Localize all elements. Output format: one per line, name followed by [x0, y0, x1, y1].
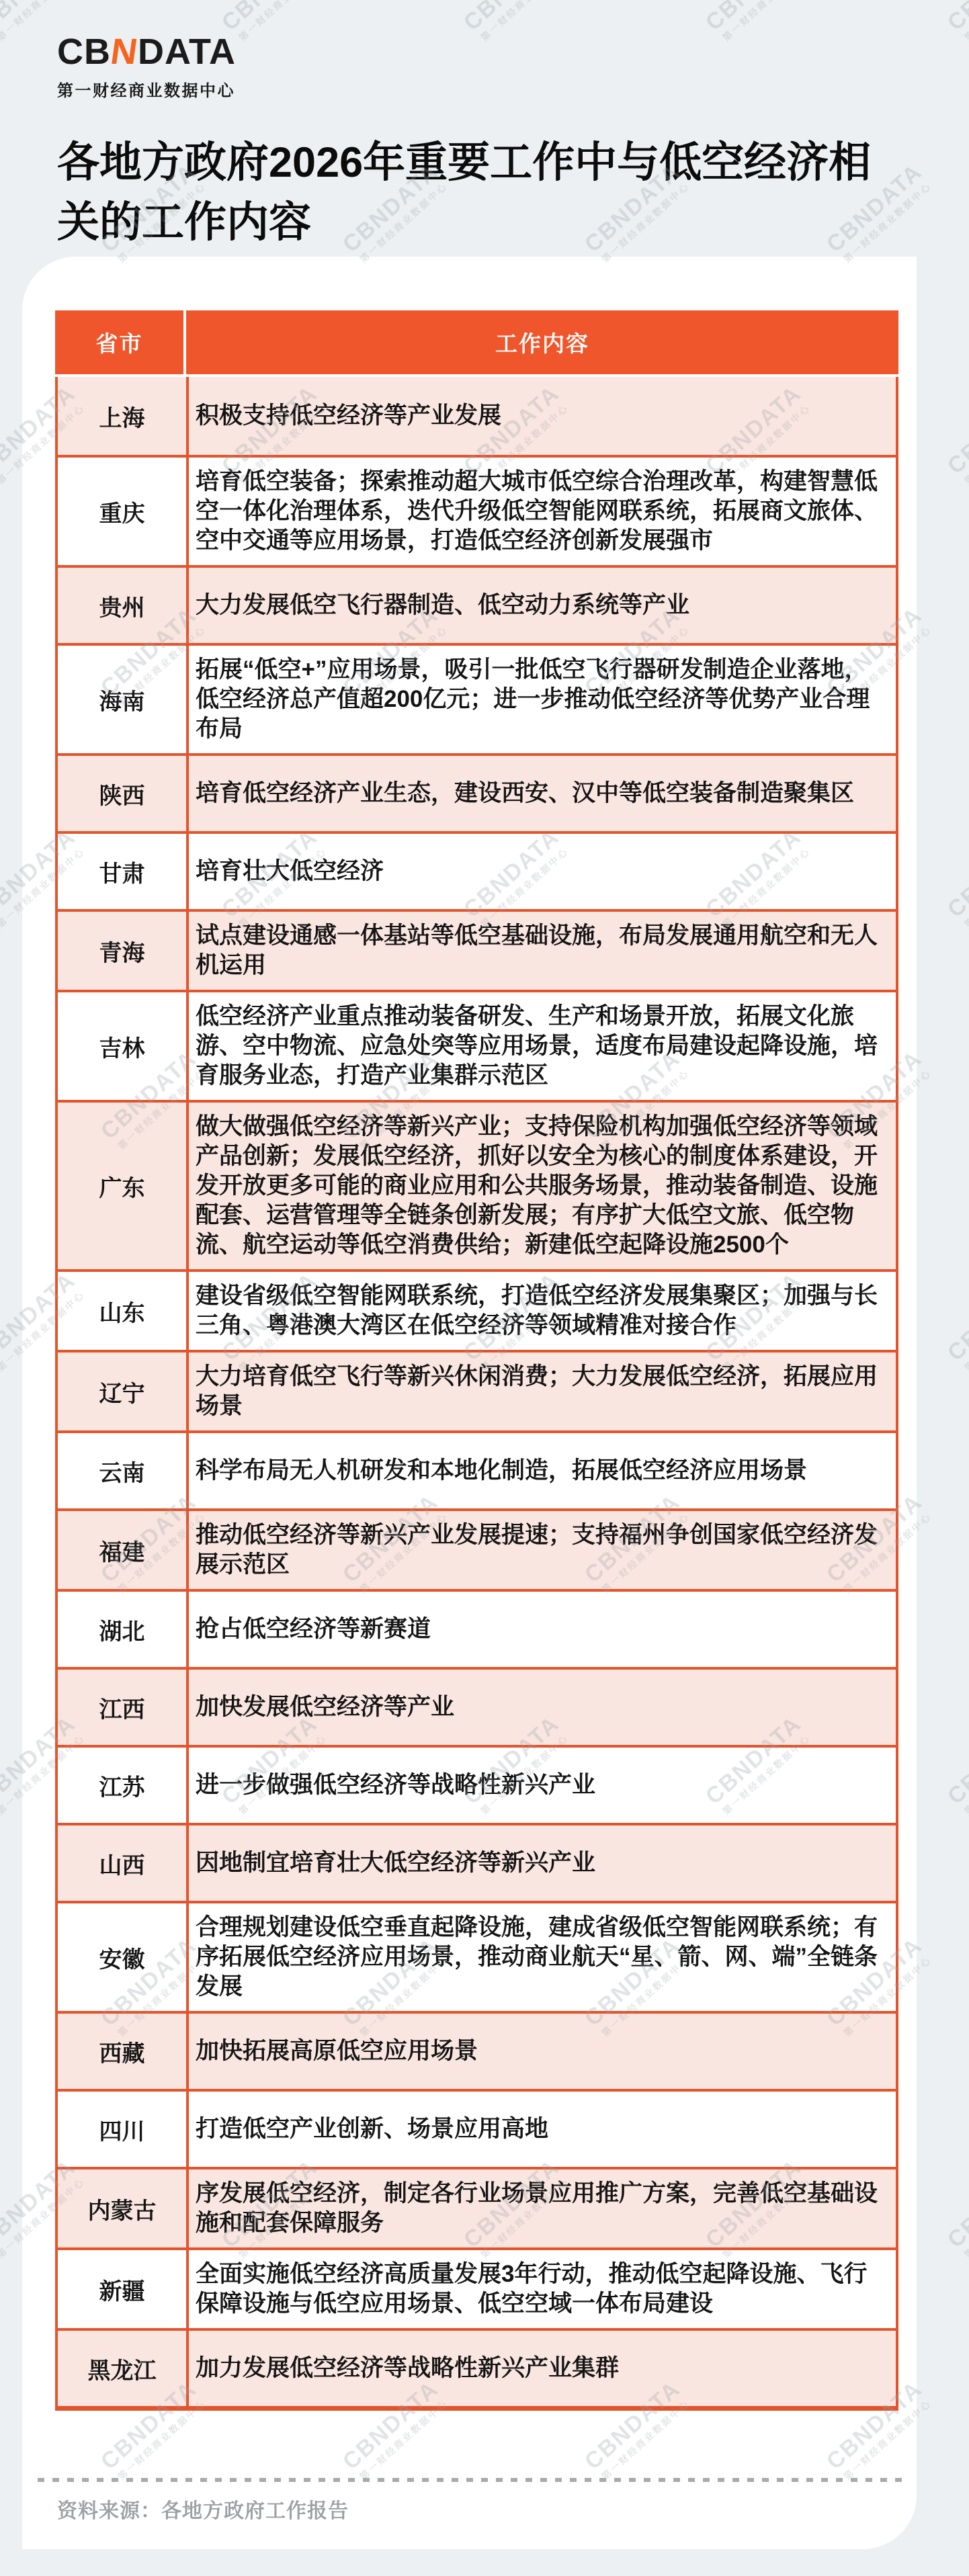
province-cell: 甘肃	[58, 834, 186, 909]
province-cell: 黑龙江	[58, 2331, 186, 2406]
page-title: 各地方政府2026年重要工作中与低空经济相关的工作内容	[57, 133, 890, 253]
province-cell: 海南	[58, 646, 186, 753]
content-cell: 建设省级低空智能网联系统，打造低空经济发展集聚区；加强与长三角、粤港澳大湾区在低…	[186, 1272, 896, 1350]
infographic-page: CBNDATA 第一财经商业数据中心 各地方政府2026年重要工作中与低空经济相…	[0, 0, 969, 2576]
brand-tagline: 第一财经商业数据中心	[57, 77, 236, 101]
content-cell: 加快发展低空经济等产业	[186, 1670, 896, 1745]
content-cell: 序发展低空经济，制定各行业场景应用推广方案，完善低空基础设施和配套保障服务	[186, 2170, 896, 2247]
province-cell: 湖北	[58, 1592, 186, 1667]
table-row: 江西加快发展低空经济等产业	[58, 1667, 896, 1745]
content-cell: 因地制宜培育壮大低空经济等新兴产业	[186, 1826, 896, 1901]
watermark: CBNDATA第一财经商业数据中心	[943, 1712, 969, 1819]
logo-text-data: DATA	[138, 32, 236, 72]
table-row: 贵州大力发展低空飞行器制造、低空动力系统等产业	[58, 565, 896, 643]
province-cell: 安徽	[58, 1903, 186, 2011]
table-row: 甘肃培育壮大低空经济	[58, 831, 896, 909]
table-row: 广东做大做强低空经济等新兴产业；支持保险机构加强低空经济等领域产品创新；发展低空…	[58, 1100, 896, 1269]
province-cell: 山西	[58, 1826, 186, 1901]
table-row: 四川打造低空产业创新、场景应用高地	[58, 2089, 896, 2167]
content-cell: 进一步做强低空经济等战略性新兴产业	[186, 1748, 896, 1823]
table-row: 安徽合理规划建设低空垂直起降设施，建成省级低空智能网联系统；有序拓展低空经济应用…	[58, 1901, 896, 2011]
table-row: 黑龙江加力发展低空经济等战略性新兴产业集群	[58, 2328, 896, 2406]
table-row: 湖北抢占低空经济等新赛道	[58, 1589, 896, 1667]
province-cell: 上海	[58, 377, 186, 455]
province-cell: 陕西	[58, 756, 186, 831]
cbndata-logo: CBNDATA	[57, 32, 236, 72]
watermark: CBNDATA第一财经商业数据中心	[460, 0, 573, 46]
data-table: 省市 工作内容 上海积极支持低空经济等产业发展重庆培育低空装备；探索推动超大城市…	[55, 310, 898, 2411]
table-row: 内蒙古序发展低空经济，制定各行业场景应用推广方案，完善低空基础设施和配套保障服务	[58, 2167, 896, 2247]
table-header-content: 工作内容	[183, 310, 898, 374]
source-note: 资料来源：各地方政府工作报告	[57, 2494, 349, 2524]
watermark: CBNDATA第一财经商业数据中心	[943, 1269, 969, 1376]
content-cell: 大力发展低空飞行器制造、低空动力系统等产业	[186, 568, 896, 643]
table-row: 云南科学布局无人机研发和本地化制造，拓展低空经济应用场景	[58, 1430, 896, 1508]
province-cell: 内蒙古	[58, 2170, 186, 2247]
province-cell: 西藏	[58, 2014, 186, 2089]
table-row: 山东建设省级低空智能网联系统，打造低空经济发展集聚区；加强与长三角、粤港澳大湾区…	[58, 1269, 896, 1350]
brand-header: CBNDATA 第一财经商业数据中心	[57, 32, 236, 101]
watermark: CBNDATA第一财经商业数据中心	[943, 0, 969, 46]
content-cell: 抢占低空经济等新赛道	[186, 1592, 896, 1667]
province-cell: 新疆	[58, 2250, 186, 2328]
province-cell: 广东	[58, 1103, 186, 1269]
province-cell: 吉林	[58, 992, 186, 1100]
watermark: CBNDATA第一财经商业数据中心	[943, 382, 969, 489]
watermark: CBNDATA第一财经商业数据中心	[943, 2155, 969, 2263]
table-row: 重庆培育低空装备；探索推动超大城市低空综合治理改革，构建智慧低空一体化治理体系，…	[58, 455, 896, 565]
table-row: 陕西培育低空经济产业生态，建设西安、汉中等低空装备制造聚集区	[58, 753, 896, 831]
province-cell: 山东	[58, 1272, 186, 1350]
province-cell: 云南	[58, 1433, 186, 1508]
province-cell: 重庆	[58, 458, 186, 565]
table-row: 西藏加快拓展高原低空应用场景	[58, 2011, 896, 2089]
content-cell: 积极支持低空经济等产业发展	[186, 377, 896, 455]
table-row: 江苏进一步做强低空经济等战略性新兴产业	[58, 1745, 896, 1823]
content-cell: 试点建设通感一体基站等低空基础设施，布局发展通用航空和无人机运用	[186, 912, 896, 990]
table-row: 辽宁大力培育低空飞行等新兴休闲消费；大力发展低空经济，拓展应用场景	[58, 1350, 896, 1430]
content-cell: 拓展“低空+”应用场景，吸引一批低空飞行器研发制造企业落地，低空经济总产值超20…	[186, 646, 896, 753]
content-cell: 培育低空经济产业生态，建设西安、汉中等低空装备制造聚集区	[186, 756, 896, 831]
table-row: 上海积极支持低空经济等产业发展	[58, 377, 896, 455]
content-cell: 培育壮大低空经济	[186, 834, 896, 909]
content-cell: 合理规划建设低空垂直起降设施，建成省级低空智能网联系统；有序拓展低空经济应用场景…	[186, 1903, 896, 2011]
table-row: 新疆全面实施低空经济高质量发展3年行动，推动低空起降设施、飞行保障设施与低空应用…	[58, 2247, 896, 2328]
province-cell: 贵州	[58, 568, 186, 643]
content-cell: 加快拓展高原低空应用场景	[186, 2014, 896, 2089]
content-card: 省市 工作内容 上海积极支持低空经济等产业发展重庆培育低空装备；探索推动超大城市…	[22, 257, 917, 2549]
content-cell: 推动低空经济等新兴产业发展提速；支持福州争创国家低空经济发展示范区	[186, 1511, 896, 1589]
province-cell: 四川	[58, 2092, 186, 2167]
logo-text-cb: CB	[57, 32, 111, 72]
content-cell: 全面实施低空经济高质量发展3年行动，推动低空起降设施、飞行保障设施与低空应用场景…	[186, 2250, 896, 2328]
content-cell: 大力培育低空飞行等新兴休闲消费；大力发展低空经济，拓展应用场景	[186, 1353, 896, 1430]
province-cell: 青海	[58, 912, 186, 990]
province-cell: 江西	[58, 1670, 186, 1745]
table-row: 吉林低空经济产业重点推动装备研发、生产和场景开放，拓展文化旅游、空中物流、应急处…	[58, 990, 896, 1100]
table-header-row: 省市 工作内容	[55, 310, 898, 374]
table-row: 海南拓展“低空+”应用场景，吸引一批低空飞行器研发制造企业落地，低空经济总产值超…	[58, 643, 896, 753]
content-cell: 加力发展低空经济等战略性新兴产业集群	[186, 2331, 896, 2406]
province-cell: 江苏	[58, 1748, 186, 1823]
table-body: 上海积极支持低空经济等产业发展重庆培育低空装备；探索推动超大城市低空综合治理改革…	[55, 377, 898, 2411]
table-row: 福建推动低空经济等新兴产业发展提速；支持福州争创国家低空经济发展示范区	[58, 1508, 896, 1589]
logo-accent-n: N	[108, 32, 140, 72]
content-cell: 科学布局无人机研发和本地化制造，拓展低空经济应用场景	[186, 1433, 896, 1508]
watermark: CBNDATA第一财经商业数据中心	[943, 825, 969, 933]
content-cell: 培育低空装备；探索推动超大城市低空综合治理改革，构建智慧低空一体化治理体系，迭代…	[186, 458, 896, 565]
province-cell: 辽宁	[58, 1353, 186, 1430]
content-cell: 低空经济产业重点推动装备研发、生产和场景开放，拓展文化旅游、空中物流、应急处突等…	[186, 992, 896, 1100]
content-cell: 打造低空产业创新、场景应用高地	[186, 2092, 896, 2167]
watermark: CBNDATA第一财经商业数据中心	[702, 0, 815, 46]
table-header-province: 省市	[55, 310, 183, 374]
dashed-divider	[38, 2478, 910, 2482]
table-row: 山西因地制宜培育壮大低空经济等新兴产业	[58, 1823, 896, 1901]
table-row: 青海试点建设通感一体基站等低空基础设施，布局发展通用航空和无人机运用	[58, 909, 896, 990]
content-cell: 做大做强低空经济等新兴产业；支持保险机构加强低空经济等领域产品创新；发展低空经济…	[186, 1103, 896, 1269]
province-cell: 福建	[58, 1511, 186, 1589]
